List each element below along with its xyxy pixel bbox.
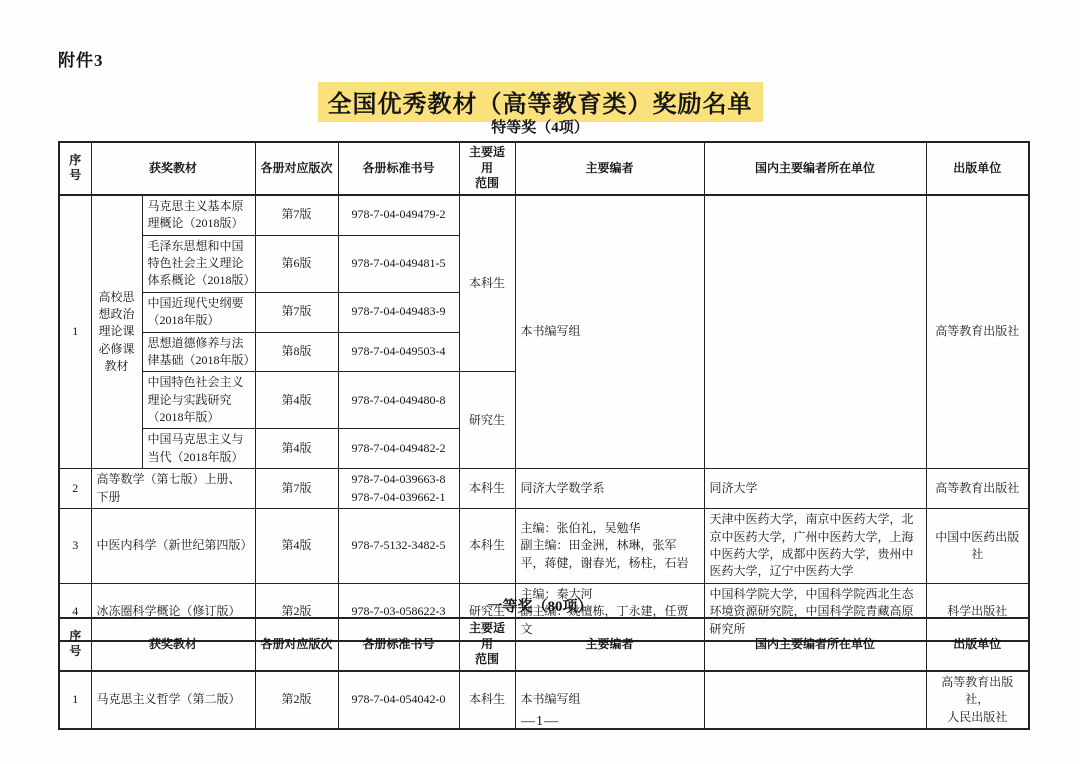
page-number: —1— xyxy=(0,714,1080,730)
cell-editors: 本书编写组 xyxy=(515,195,704,469)
table-header-row: 序号 获奖教材 各册对应版次 各册标准书号 主要适用 范围 主要编者 国内主要编… xyxy=(59,618,1029,671)
col-header-editors: 主要编者 xyxy=(515,142,704,195)
cell-isbn: 978-7-04-049481-5 xyxy=(338,235,459,292)
cell-isbn: 978-7-04-049503-4 xyxy=(338,332,459,372)
col-header-isbn: 各册标准书号 xyxy=(338,618,459,671)
col-header-edition: 各册对应版次 xyxy=(255,618,338,671)
cell-title: 中国马克思主义与当代（2018年版） xyxy=(142,429,255,469)
col-header-textbook: 获奖教材 xyxy=(91,618,255,671)
cell-scope-grad: 研究生 xyxy=(459,372,515,469)
cell-title: 毛泽东思想和中国特色社会主义理论体系概论（2018版） xyxy=(142,235,255,292)
cell-isbn: 978-7-04-049482-2 xyxy=(338,429,459,469)
special-prize-table: 序号 获奖教材 各册对应版次 各册标准书号 主要适用 范围 主要编者 国内主要编… xyxy=(58,141,1030,642)
cell-edition: 第8版 xyxy=(255,332,338,372)
cell-editors: 主编：张伯礼，吴勉华 副主编：田金洲，林琳，张军平，蒋健，谢春光，杨柱，石岩 xyxy=(515,509,704,584)
cell-edition: 第4版 xyxy=(255,509,338,584)
section-heading-special-prize: 特等奖（4项） xyxy=(0,116,1080,137)
cell-group-label: 高校思想政治理论课必修课教材 xyxy=(91,195,142,469)
cell-edition: 第4版 xyxy=(255,429,338,469)
col-header-edition: 各册对应版次 xyxy=(255,142,338,195)
col-header-scope: 主要适用 范围 xyxy=(459,142,515,195)
table-row: 1 高校思想政治理论课必修课教材 马克思主义基本原理概论（2018版） 第7版 … xyxy=(59,195,1029,235)
cell-edition: 第7版 xyxy=(255,195,338,235)
cell-institutions: 同济大学 xyxy=(704,469,926,509)
col-header-publisher: 出版单位 xyxy=(926,618,1029,671)
cell-title: 中国近现代史纲要（2018年版） xyxy=(142,292,255,332)
cell-scope-undergrad: 本科生 xyxy=(459,195,515,372)
cell-title: 中医内科学（新世纪第四版） xyxy=(91,509,255,584)
table-header-row: 序号 获奖教材 各册对应版次 各册标准书号 主要适用 范围 主要编者 国内主要编… xyxy=(59,142,1029,195)
cell-publisher: 高等教育出版社 xyxy=(926,195,1029,469)
cell-title: 中国特色社会主义理论与实践研究（2018年版） xyxy=(142,372,255,429)
col-header-isbn: 各册标准书号 xyxy=(338,142,459,195)
cell-institutions: 天津中医药大学，南京中医药大学，北京中医药大学，广州中医药大学，上海中医药大学，… xyxy=(704,509,926,584)
table-row: 3 中医内科学（新世纪第四版） 第4版 978-7-5132-3482-5 本科… xyxy=(59,509,1029,584)
cell-title: 思想道德修养与法律基础（2018年版） xyxy=(142,332,255,372)
cell-isbn: 978-7-04-049480-8 xyxy=(338,372,459,429)
cell-edition: 第7版 xyxy=(255,469,338,509)
document-page: 附件3 全国优秀教材（高等教育类）奖励名单 特等奖（4项） 序号 获奖教材 各册… xyxy=(0,0,1080,764)
first-prize-table: 序号 获奖教材 各册对应版次 各册标准书号 主要适用 范围 主要编者 国内主要编… xyxy=(58,617,1030,730)
cell-isbn: 978-7-5132-3482-5 xyxy=(338,509,459,584)
cell-index: 2 xyxy=(59,469,91,509)
table-row: 2 高等数学（第七版）上册、下册 第7版 978-7-04-039663-8 9… xyxy=(59,469,1029,509)
cell-edition: 第6版 xyxy=(255,235,338,292)
cell-title: 马克思主义基本原理概论（2018版） xyxy=(142,195,255,235)
cell-publisher: 中国中医药出版社 xyxy=(926,509,1029,584)
cell-isbn: 978-7-04-039663-8 978-7-04-039662-1 xyxy=(338,469,459,509)
cell-isbn: 978-7-04-049479-2 xyxy=(338,195,459,235)
cell-edition: 第4版 xyxy=(255,372,338,429)
cell-scope: 本科生 xyxy=(459,469,515,509)
cell-index: 1 xyxy=(59,195,91,469)
col-header-textbook: 获奖教材 xyxy=(91,142,255,195)
section-heading-first-prize: 一等奖（80项） xyxy=(0,595,1080,616)
col-header-index: 序号 xyxy=(59,142,91,195)
cell-institutions xyxy=(704,195,926,469)
col-header-institutions: 国内主要编者所在单位 xyxy=(704,618,926,671)
cell-title: 高等数学（第七版）上册、下册 xyxy=(91,469,255,509)
attachment-label: 附件3 xyxy=(58,46,104,71)
cell-scope: 本科生 xyxy=(459,509,515,584)
cell-index: 3 xyxy=(59,509,91,584)
col-header-institutions: 国内主要编者所在单位 xyxy=(704,142,926,195)
col-header-index: 序号 xyxy=(59,618,91,671)
col-header-editors: 主要编者 xyxy=(515,618,704,671)
cell-publisher: 高等教育出版社 xyxy=(926,469,1029,509)
cell-editors: 同济大学数学系 xyxy=(515,469,704,509)
col-header-scope: 主要适用 范围 xyxy=(459,618,515,671)
cell-isbn: 978-7-04-049483-9 xyxy=(338,292,459,332)
cell-edition: 第7版 xyxy=(255,292,338,332)
col-header-publisher: 出版单位 xyxy=(926,142,1029,195)
